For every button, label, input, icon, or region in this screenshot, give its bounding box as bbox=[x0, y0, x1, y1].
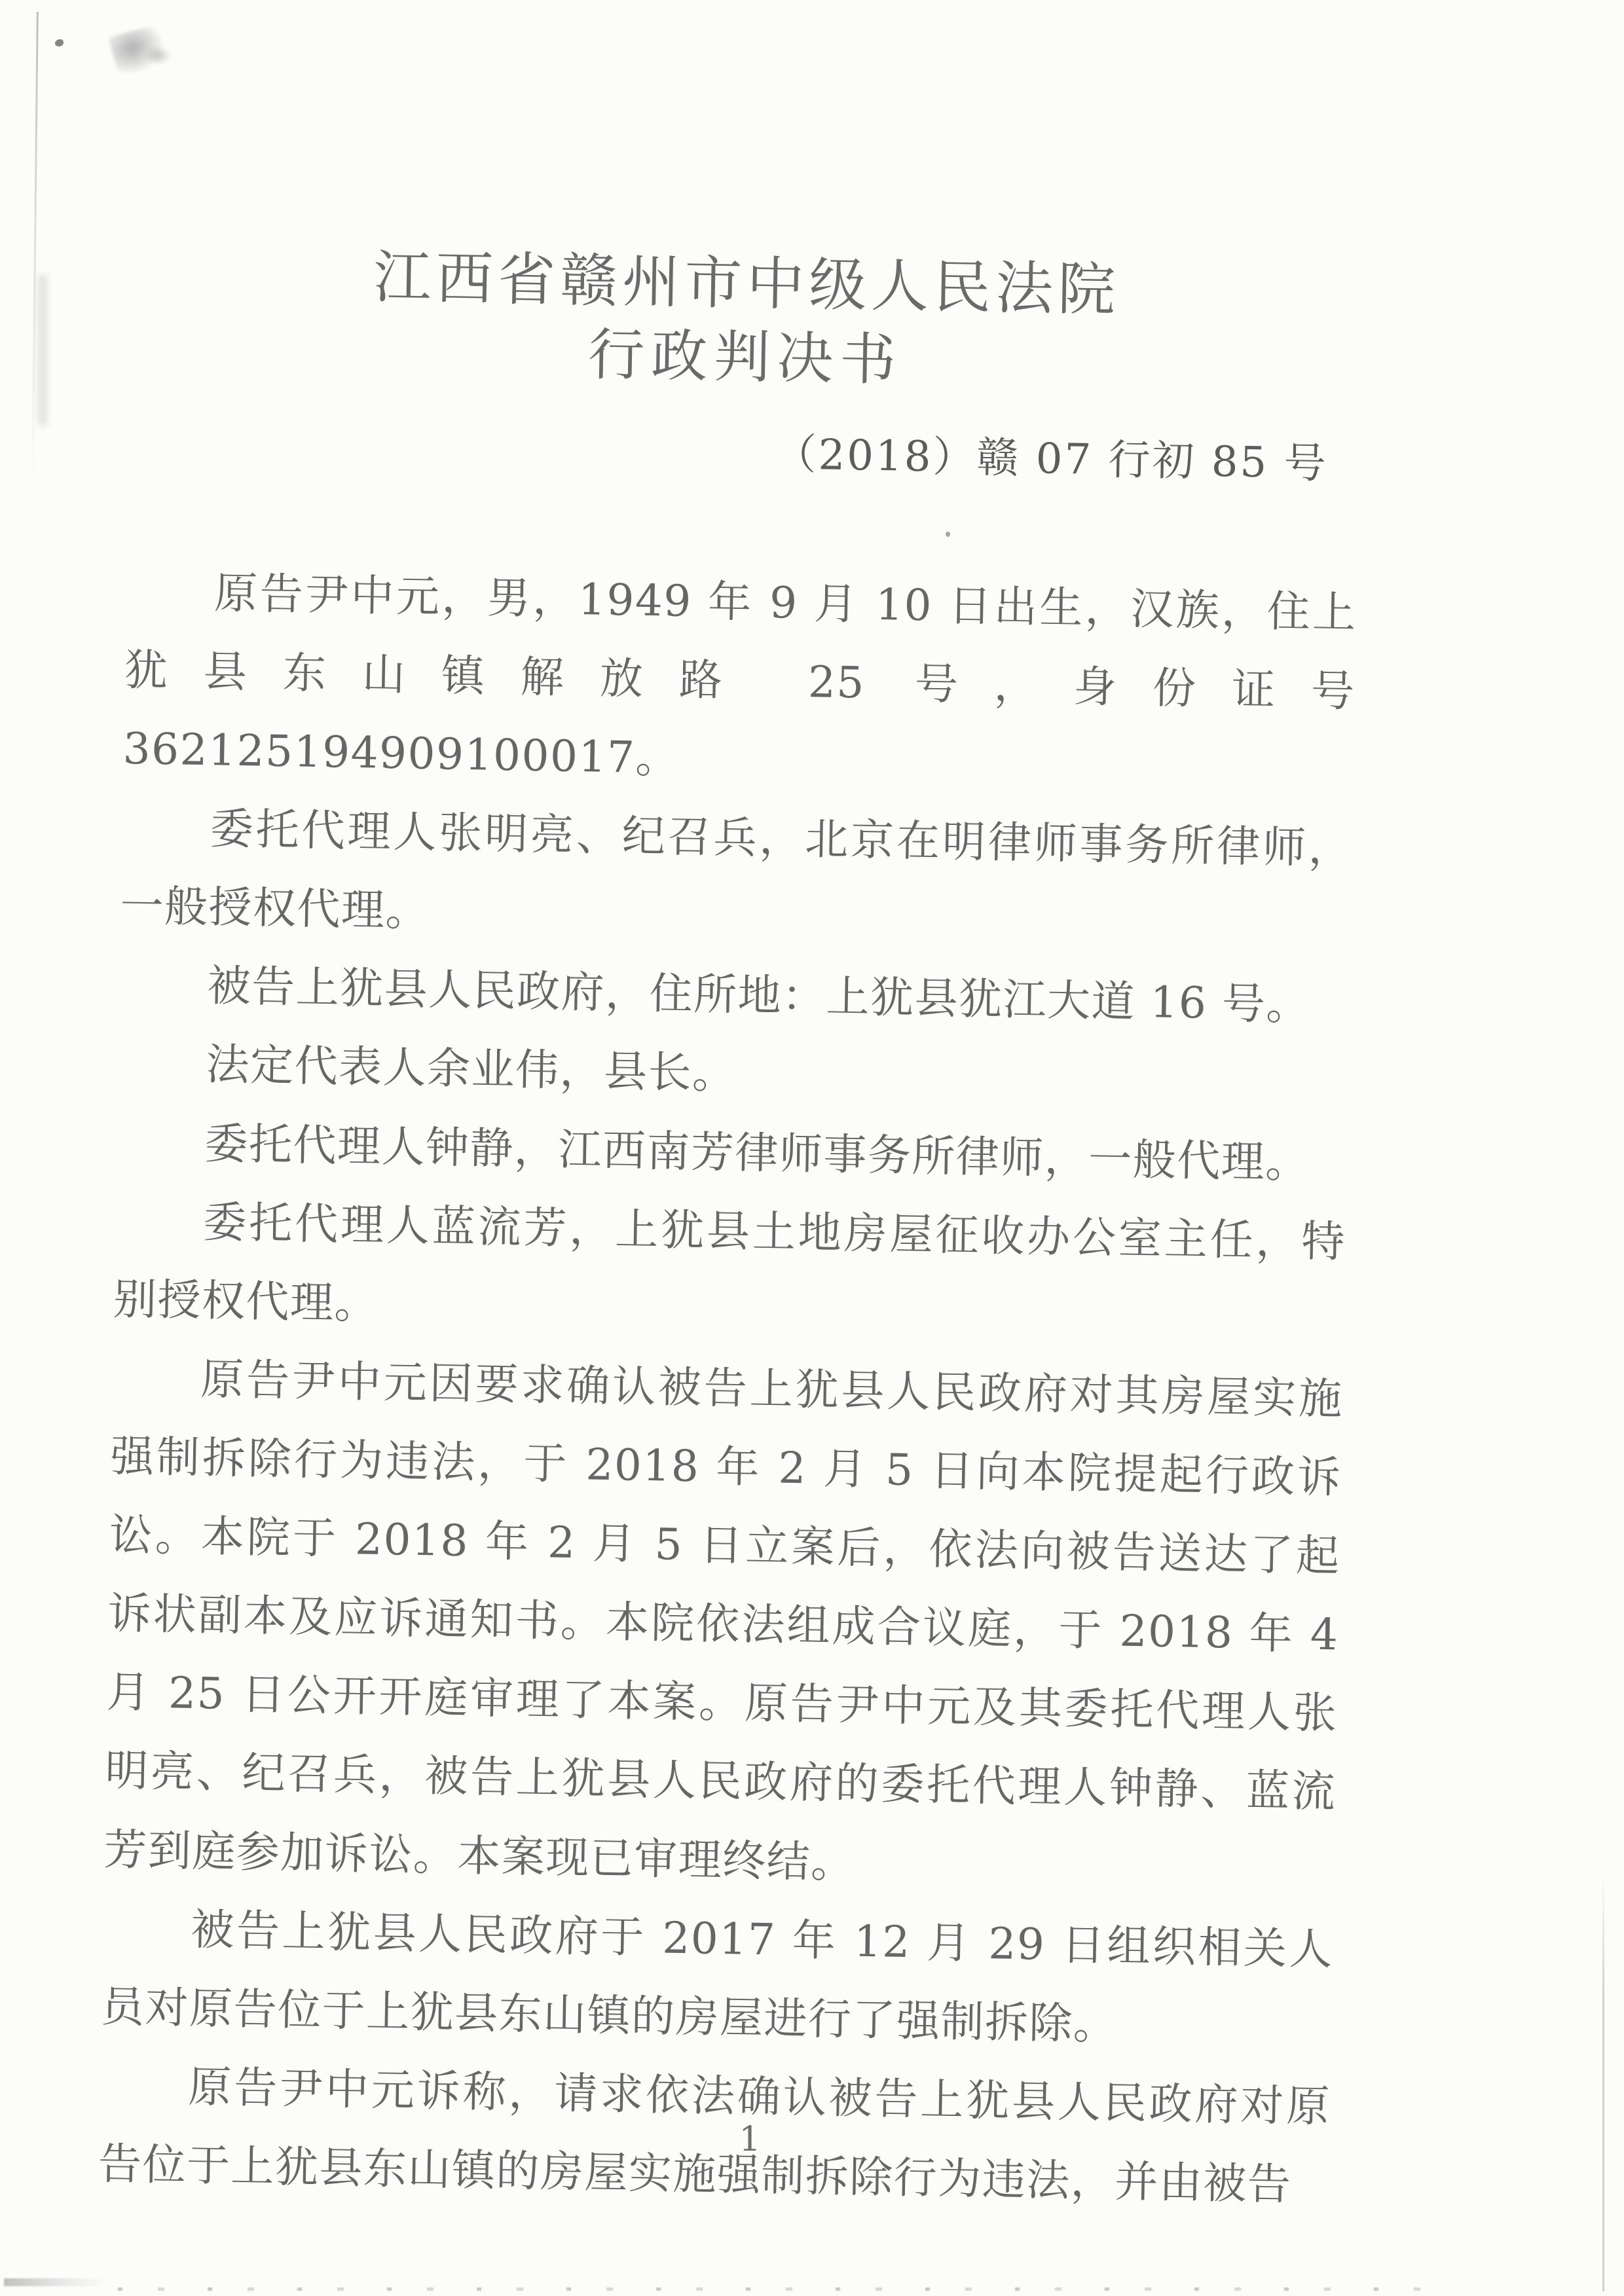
scan-streak-left bbox=[38, 275, 47, 426]
paragraph: 委托代理人张明亮、纪召兵，北京在明律师事务所律师，一般授权代理。 bbox=[119, 788, 1353, 967]
scan-smudge-dot bbox=[55, 39, 64, 46]
page-number: 1 bbox=[0, 2120, 1500, 2159]
paragraph: 委托代理人蓝流芳，上犹县土地房屋征收办公室主任，特别授权代理。 bbox=[113, 1181, 1346, 1360]
paragraph: 原告尹中元因要求确认被告上犹县人民政府对其房屋实施强制拆除行为违法，于 2018… bbox=[103, 1339, 1343, 1910]
document-content: 江西省赣州市中级人民法院 行政判决书 （2018）赣 07 行初 85 号 原告… bbox=[98, 235, 1363, 2225]
document-page: 江西省赣州市中级人民法院 行政判决书 （2018）赣 07 行初 85 号 原告… bbox=[0, 0, 1624, 2296]
scan-smudge-blob-small bbox=[145, 46, 172, 65]
paragraph: 被告上犹县人民政府于 2017 年 12 月 29 日组织相关人员对原告位于上犹… bbox=[100, 1889, 1334, 2068]
body-paragraphs: 原告尹中元，男，1949 年 9 月 10 日出生，汉族，住上犹县东山镇解放路 … bbox=[98, 553, 1357, 2225]
scan-bottom-smudge bbox=[4, 2278, 109, 2286]
scan-bottom-noise bbox=[118, 2287, 1428, 2291]
scan-edge-line-right bbox=[1602, 1872, 1604, 2291]
paragraph: 原告尹中元，男，1949 年 9 月 10 日出生，汉族，住上犹县东山镇解放路 … bbox=[122, 553, 1357, 810]
case-number: （2018）赣 07 行初 85 号 bbox=[128, 418, 1359, 490]
